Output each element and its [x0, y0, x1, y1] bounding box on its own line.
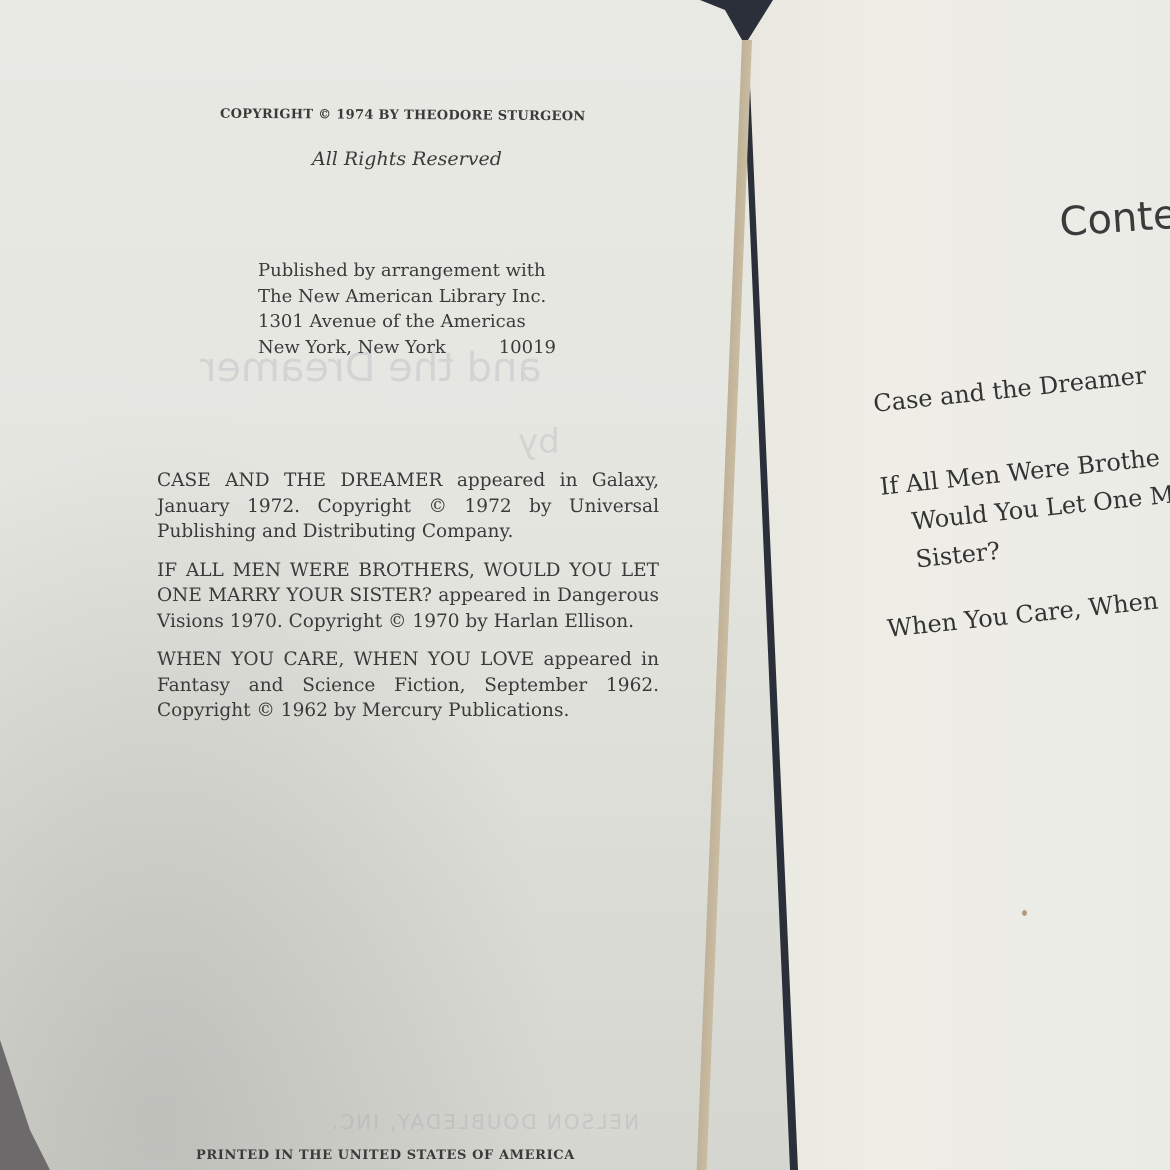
acknowledgement-brothers: IF ALL MEN WERE BROTHERS, WOULD YOU LET … — [157, 558, 659, 635]
right-page — [748, 0, 1170, 1170]
contents-title: Conte — [1058, 192, 1170, 246]
showthrough-publisher: NELSON DOUBLEDAY, INC. — [330, 1110, 639, 1134]
publisher-line-3: 1301 Avenue of the Americas — [258, 309, 526, 335]
publisher-block: Published by arrangement with The New Am… — [258, 258, 556, 360]
publisher-city: New York, New York — [258, 335, 446, 361]
acknowledgement-care: WHEN YOU CARE, WHEN YOU LOVE appeared in… — [157, 647, 659, 724]
publisher-line-1: Published by arrangement with — [258, 258, 546, 284]
showthrough-by: by — [518, 422, 560, 462]
acknowledgements: CASE AND THE DREAMER appeared in Galaxy,… — [157, 468, 659, 737]
paper-speck — [1022, 910, 1027, 916]
printed-in: PRINTED IN THE UNITED STATES OF AMERICA — [196, 1148, 575, 1163]
copyright-line: COPYRIGHT © 1974 BY THEODORE STURGEON — [220, 107, 586, 125]
acknowledgement-case: CASE AND THE DREAMER appeared in Galaxy,… — [157, 468, 659, 545]
rights-reserved: All Rights Reserved — [312, 148, 502, 170]
publisher-line-2: The New American Library Inc. — [258, 284, 546, 310]
publisher-zip: 10019 — [499, 335, 556, 361]
